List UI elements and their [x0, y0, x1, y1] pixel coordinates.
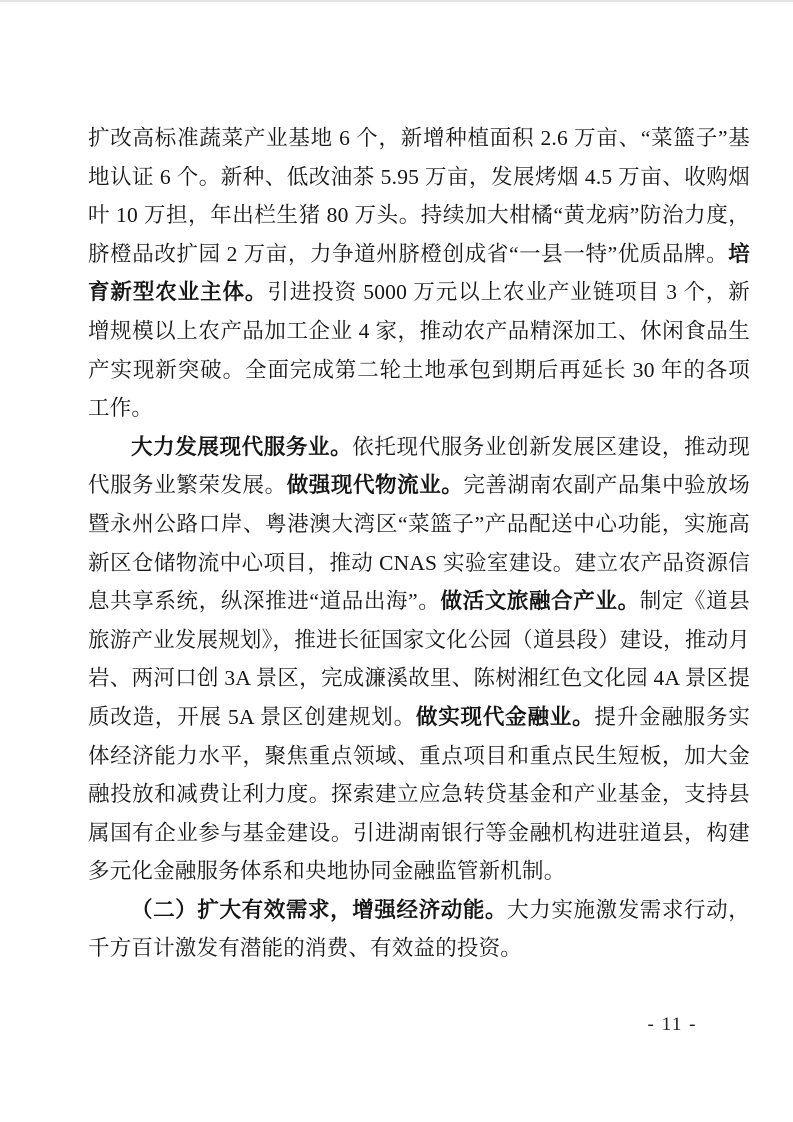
bold-run: 做实现代金融业。 — [416, 705, 595, 729]
document-page: 扩改高标准蔬菜产业基地 6 个，新增种植面积 2.6 万亩、“菜篮子”基地认证 … — [0, 0, 793, 1122]
bold-run: 做强现代物流业。 — [287, 473, 464, 497]
bold-run: （二）扩大有效需求，增强经济动能。 — [131, 898, 507, 922]
text-run: 扩改高标准蔬菜产业基地 6 个，新增种植面积 2.6 万亩、“菜篮子”基地认证 … — [88, 126, 750, 266]
paragraph-expand-effective-demand: （二）扩大有效需求，增强经济动能。大力实施激发需求行动，千方百计激发有潜能的消费… — [88, 891, 750, 968]
text-run: 提升金融服务实体经济能力水平，聚焦重点领域、重点项目和重点民生短板，加大金融投放… — [88, 705, 750, 883]
paragraph-modern-agriculture-continued: 扩改高标准蔬菜产业基地 6 个，新增种植面积 2.6 万亩、“菜篮子”基地认证 … — [88, 119, 750, 428]
bold-run: 做活文旅融合产业。 — [440, 589, 639, 613]
scan-edge-line — [0, 0, 793, 2]
bold-run: 大力发展现代服务业。 — [131, 435, 352, 459]
document-body: 扩改高标准蔬菜产业基地 6 个，新增种植面积 2.6 万亩、“菜篮子”基地认证 … — [88, 119, 750, 968]
page-number: - 11 - — [648, 1013, 697, 1037]
paragraph-modern-services: 大力发展现代服务业。依托现代服务业创新发展区建设，推动现代服务业繁荣发展。做强现… — [88, 428, 750, 891]
